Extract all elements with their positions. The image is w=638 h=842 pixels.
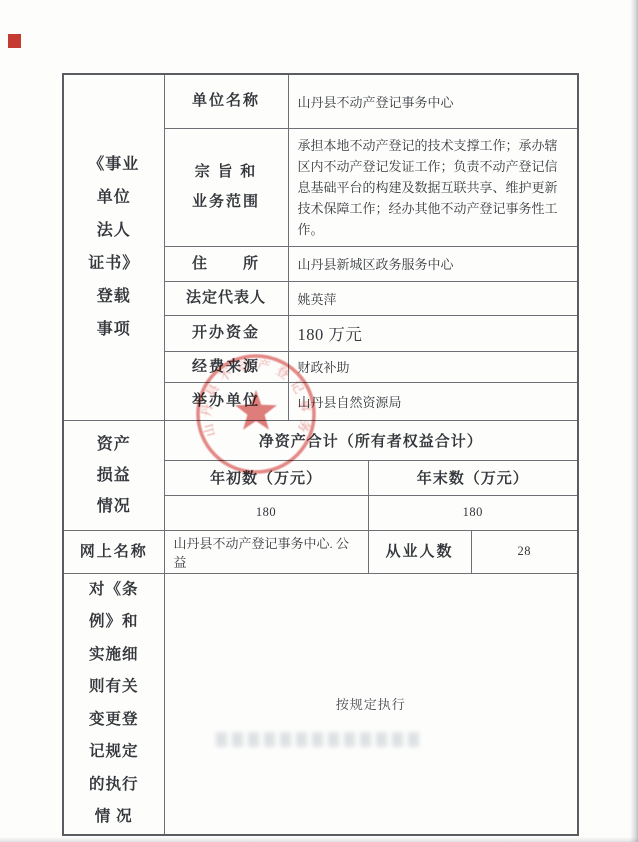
regulation-compliance-value: 按规定执行: [164, 573, 578, 835]
purpose-scope-value: 承担本地不动产登记的技术支撑工作；承办辖区内不动产登记发证工作；负责不动产登记信…: [288, 128, 578, 246]
registration-items-table: 《事业 单位 法人 证书》 登载 事项 单位名称 山丹县不动产登记事务中心 宗 …: [62, 73, 579, 836]
bleed-through-artifact: [216, 732, 420, 747]
legal-representative-value: 姚英萍: [288, 281, 578, 315]
certificate-group-label: 《事业 单位 法人 证书》 登载 事项: [63, 74, 164, 420]
online-name-label: 网上名称: [63, 530, 164, 573]
unit-name-label: 单位名称: [164, 74, 288, 128]
online-name-value: 山丹县不动产登记事务中心. 公益: [164, 530, 368, 573]
year-start-header: 年初数（万元）: [164, 460, 368, 495]
staff-count-value: 28: [471, 530, 578, 573]
assets-group-label: 资产 损益 情况: [63, 420, 164, 530]
unit-name-value: 山丹县不动产登记事务中心: [288, 74, 578, 128]
page-scan-edge-right: [630, 0, 638, 842]
year-start-value: 180: [164, 495, 368, 530]
year-end-value: 180: [368, 495, 578, 530]
page-scan-edge-bottom: [0, 837, 638, 842]
sponsor-unit-value: 山丹县自然资源局: [288, 382, 578, 420]
regulation-group-label: 对《条 例》和 实施细 则有关 变更登 记规定 的执行 情 况: [63, 573, 164, 835]
year-end-header: 年末数（万元）: [368, 460, 578, 495]
opening-capital-label: 开办资金: [164, 315, 288, 351]
table-row: 资产 损益 情况 净资产合计（所有者权益合计）: [63, 420, 578, 460]
table-row: 网上名称 山丹县不动产登记事务中心. 公益 从业人数 28: [63, 530, 578, 573]
table-row: 对《条 例》和 实施细 则有关 变更登 记规定 的执行 情 况 按规定执行: [63, 573, 578, 835]
scanned-document-page: 《事业 单位 法人 证书》 登载 事项 单位名称 山丹县不动产登记事务中心 宗 …: [0, 0, 638, 842]
sponsor-unit-label: 举办单位: [164, 382, 288, 420]
funding-source-label: 经费来源: [164, 351, 288, 382]
opening-capital-value: 180 万元: [288, 315, 578, 351]
address-label: 住 所: [164, 246, 288, 281]
purpose-scope-label: 宗 旨 和 业务范围: [164, 128, 288, 246]
net-assets-header: 净资产合计（所有者权益合计）: [164, 420, 578, 460]
address-value: 山丹县新城区政务服务中心: [288, 246, 578, 281]
staff-count-label: 从业人数: [368, 530, 471, 573]
funding-source-value: 财政补助: [288, 351, 578, 382]
table-row: 《事业 单位 法人 证书》 登载 事项 单位名称 山丹县不动产登记事务中心: [63, 74, 578, 128]
legal-representative-label: 法定代表人: [164, 281, 288, 315]
red-corner-scan-mark: [8, 34, 21, 48]
